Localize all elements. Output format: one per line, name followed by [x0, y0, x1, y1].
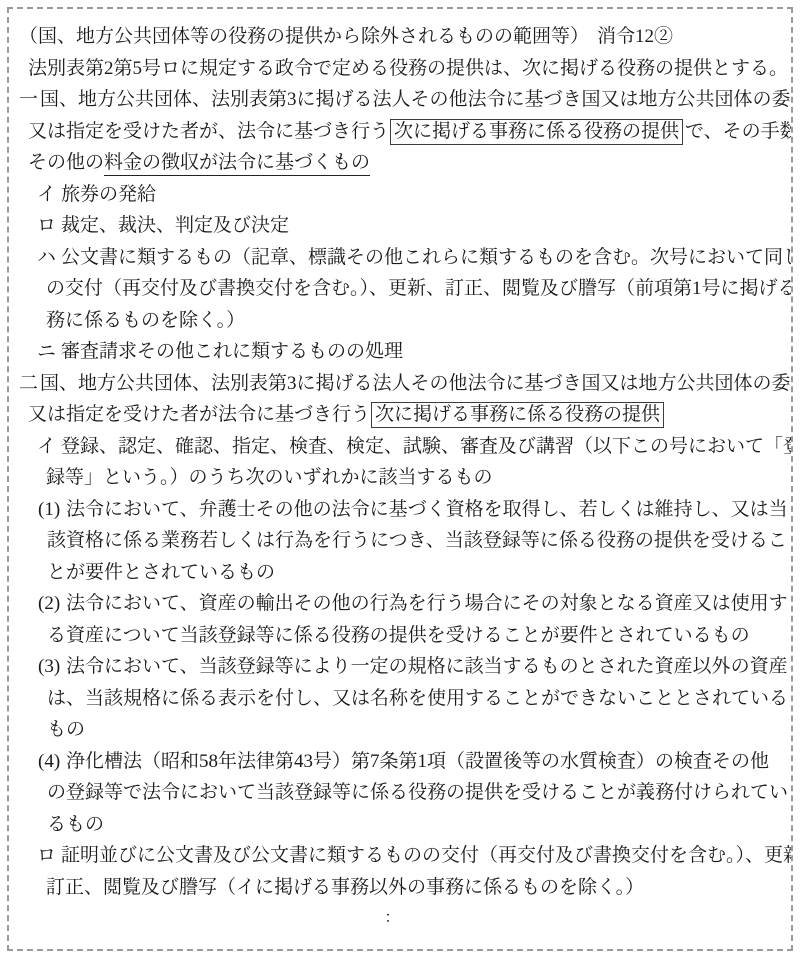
item2-i-3-line2-seg1: は、当該規格に係る表示を付し、又は名称を使用することができないこととされている [47, 688, 788, 709]
item2-i-3-line2: は、当該規格に係る表示を付し、又は名称を使用することができないこととされている [19, 683, 785, 715]
item2-i-line1-seg1: 登録、認定、確認、指定、検査、検定、試験、審査及び講習（以下この号において「登 [61, 436, 793, 457]
item1-line2-seg2-box: 次に掲げる事務に係る役務の提供 [390, 119, 683, 145]
intro-line-seg1: 法別表第2第5号ロに規定する政令で定める役務の提供は、次に掲げる役務の提供とする… [28, 58, 788, 79]
item2-i-4-line1: (4)浄化槽法（昭和58年法律第43号）第7条第1項（設置後等の水質検査）の検査… [19, 746, 785, 778]
item2-line2-seg1: 又は指定を受けた者が法令に基づき行う [28, 404, 370, 425]
item1-line3-seg2-underline: 料金の徴収が法令に基づくもの [104, 152, 370, 176]
item1-ha-line3: 務に係るものを除く。） [19, 305, 785, 337]
item2-i-4-line2-seg1: の登録等で法令において当該登録等に係る役務の提供を受けることが義務付けられてい [47, 782, 788, 803]
item2-ro-line1: ロ証明並びに公文書及び公文書に類するものの交付（再交付及び書換交付を含む。）、更… [19, 840, 785, 872]
item2-i-1-line1-seg1: 法令において、弁護士その他の法令に基づく資格を取得し、若しくは維持し、又は当 [66, 499, 788, 520]
item2-line2: 又は指定を受けた者が法令に基づき行う次に掲げる事務に係る役務の提供 [19, 399, 785, 431]
item1-line3: その他の料金の徴収が法令に基づくもの [19, 147, 785, 179]
item2-i-line2-seg1: 録等」という。）のうち次のいずれかに該当するもの [46, 467, 493, 488]
item1-ha-line1: ハ公文書に類するもの（記章、標識その他これらに類するものを含む。次号において同じ… [19, 242, 785, 274]
item1-line1-marker: 一 [19, 84, 40, 116]
item2-line1-marker: 二 [19, 368, 40, 400]
item1-line2-seg1: 又は指定を受けた者が、法令に基づき行う [28, 121, 389, 142]
item2-i-1-line3-seg1: とが要件とされているもの [47, 562, 275, 583]
item2-i-4-line3-seg1: るもの [47, 814, 104, 835]
item2-i-4-line1-seg1: 浄化槽法（昭和58年法律第43号）第7条第1項（設置後等の水質検査）の検査その他 [66, 751, 769, 772]
item2-i-2-line1-seg1: 法令において、資産の輸出その他の行為を行う場合にその対象となる資産又は使用す [66, 593, 788, 614]
item2-ro-line1-marker: ロ [37, 840, 61, 872]
continuation-ellipsis: ： [19, 903, 785, 935]
item1-ha-line2: の交付（再交付及び書換交付を含む。）、更新、訂正、閲覧及び謄写（前項第1号に掲げ… [19, 273, 785, 305]
item1-i-line1: イ旅券の発給 [19, 179, 785, 211]
item2-i-1-line2-seg1: 該資格に係る業務若しくは行為を行うにつき、当該登録等に係る役務の提供を受けるこ [47, 530, 787, 551]
item2-ro-line2-seg1: 訂正、閲覧及び謄写（イに掲げる事務以外の事務に係るものを除く。） [46, 877, 644, 898]
item2-i-3-line1-marker: (3) [38, 651, 66, 683]
item1-ni-line1-marker: ニ [37, 336, 61, 368]
item2-i-2-line2-seg1: る資産について当該登録等に係る役務の提供を受けることが要件とされているもの [47, 625, 750, 646]
item2-i-3-line1-seg1: 法令において、当該登録等により一定の規格に該当するものとされた資産以外の資産 [66, 656, 788, 677]
item2-ro-line1-seg1: 証明並びに公文書及び公文書に類するものの交付（再交付及び書換交付を含む。）、更新… [61, 845, 793, 866]
item2-i-4-line2: の登録等で法令において当該登録等に係る役務の提供を受けることが義務付けられてい [19, 777, 785, 809]
item1-ni-line1: ニ審査請求その他これに類するものの処理 [19, 336, 785, 368]
item1-ro-line1-marker: ロ [37, 210, 61, 242]
item2-line1-seg1: 国、地方公共団体、法別表第3に掲げる法人その他法令に基づき国又は地方公共団体の委… [40, 373, 793, 394]
item1-ni-line1-seg1: 審査請求その他これに類するものの処理 [61, 341, 403, 362]
item1-line3-seg1: その他の [28, 152, 104, 173]
item1-ha-line2-seg1: の交付（再交付及び書換交付を含む。）、更新、訂正、閲覧及び謄写（前項第1号に掲げ… [46, 278, 793, 299]
item1-ha-line3-seg1: 務に係るものを除く。） [46, 310, 245, 331]
item1-line2-seg3: で、その手数料 [685, 121, 793, 142]
item2-i-3-line1: (3)法令において、当該登録等により一定の規格に該当するものとされた資産以外の資… [19, 651, 785, 683]
item2-line2-seg2-box: 次に掲げる事務に係る役務の提供 [371, 402, 664, 428]
item1-line1-seg1: 国、地方公共団体、法別表第3に掲げる法人その他法令に基づき国又は地方公共団体の委… [40, 89, 793, 110]
page-frame: （国、地方公共団体等の役務の提供から除外されるものの範囲等）消令12②法別表第2… [7, 7, 793, 951]
item1-line2: 又は指定を受けた者が、法令に基づき行う次に掲げる事務に係る役務の提供で、その手数… [19, 116, 785, 148]
item2-i-line1-marker: イ [37, 431, 61, 463]
item2-i-1-line3: とが要件とされているもの [19, 557, 785, 589]
item2-i-4-line3: るもの [19, 809, 785, 841]
item1-ha-line1-marker: ハ [37, 242, 61, 274]
document-body: （国、地方公共団体等の役務の提供から除外されるものの範囲等）消令12②法別表第2… [19, 21, 785, 935]
item2-i-3-line3-seg1: もの [47, 719, 85, 740]
continuation-ellipsis-seg1: ： [384, 910, 399, 926]
item2-i-2-line2: る資産について当該登録等に係る役務の提供を受けることが要件とされているもの [19, 620, 785, 652]
item1-line1: 一国、地方公共団体、法別表第3に掲げる法人その他法令に基づき国又は地方公共団体の… [19, 84, 785, 116]
item2-i-3-line3: もの [19, 714, 785, 746]
item2-i-2-line1-marker: (2) [38, 588, 66, 620]
item1-ro-line1-seg1: 裁定、裁決、判定及び決定 [61, 215, 289, 236]
item2-line1: 二国、地方公共団体、法別表第3に掲げる法人その他法令に基づき国又は地方公共団体の… [19, 368, 785, 400]
item2-i-line1: イ登録、認定、確認、指定、検査、検定、試験、審査及び講習（以下この号において「登 [19, 431, 785, 463]
item2-i-1-line1-marker: (1) [38, 494, 66, 526]
item1-ha-line1-seg1: 公文書に類するもの（記章、標識その他これらに類するものを含む。次号において同じ。… [61, 247, 793, 268]
item2-i-2-line1: (2)法令において、資産の輸出その他の行為を行う場合にその対象となる資産又は使用… [19, 588, 785, 620]
heading-line: （国、地方公共団体等の役務の提供から除外されるものの範囲等）消令12② [19, 21, 785, 53]
item2-i-4-line1-marker: (4) [38, 746, 66, 778]
item2-i-1-line2: 該資格に係る業務若しくは行為を行うにつき、当該登録等に係る役務の提供を受けるこ [19, 525, 785, 557]
item1-i-line1-marker: イ [37, 179, 61, 211]
item1-i-line1-seg1: 旅券の発給 [61, 184, 156, 205]
intro-line: 法別表第2第5号ロに規定する政令で定める役務の提供は、次に掲げる役務の提供とする… [19, 53, 785, 85]
item2-i-1-line1: (1)法令において、弁護士その他の法令に基づく資格を取得し、若しくは維持し、又は… [19, 494, 785, 526]
item2-ro-line2: 訂正、閲覧及び謄写（イに掲げる事務以外の事務に係るものを除く。） [19, 872, 785, 904]
heading-line-seg2-ref: 消令12② [597, 26, 673, 47]
item2-i-line2: 録等」という。）のうち次のいずれかに該当するもの [19, 462, 785, 494]
item1-ro-line1: ロ裁定、裁決、判定及び決定 [19, 210, 785, 242]
heading-line-seg1: （国、地方公共団体等の役務の提供から除外されるものの範囲等） [19, 26, 589, 47]
